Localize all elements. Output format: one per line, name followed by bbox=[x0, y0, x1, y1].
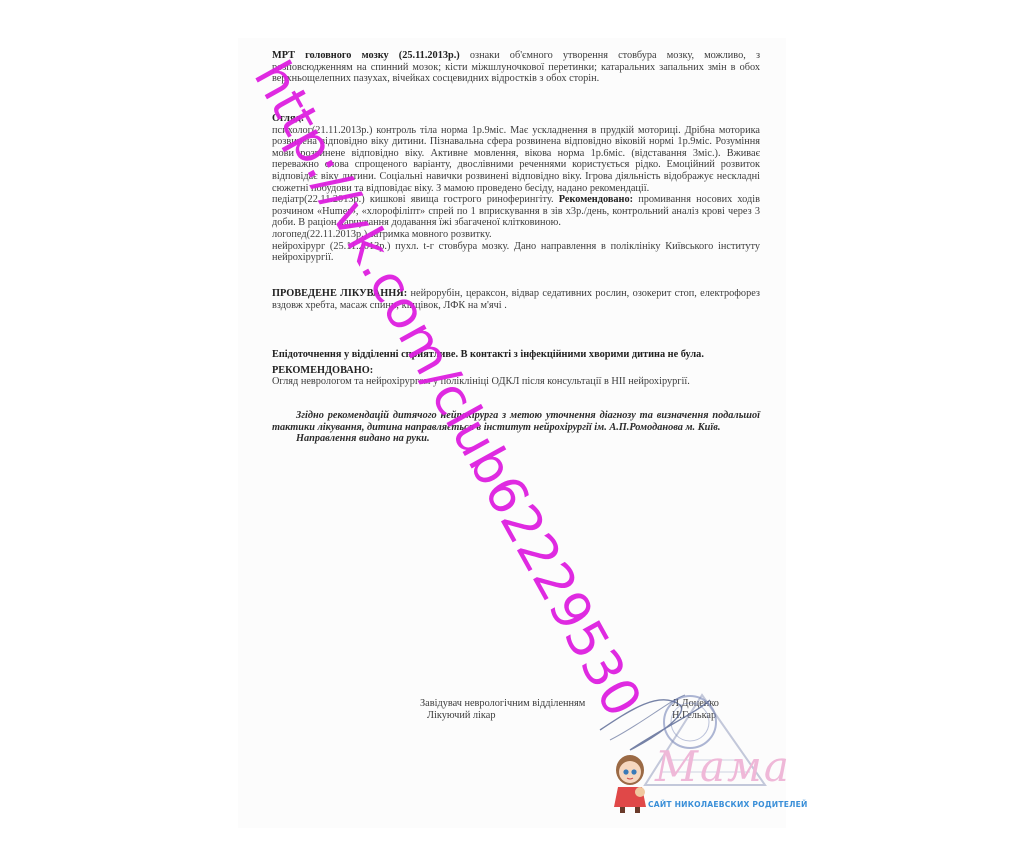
epidemiology-text: Епідоточнення у відділенні сприятливе. В… bbox=[272, 349, 760, 361]
referral-text: Згідно рекомендацій дитячого нейрохірург… bbox=[272, 410, 760, 433]
logo-subtitle: САЙТ НИКОЛАЕВСКИХ РОДИТЕЛЕЙ bbox=[648, 800, 808, 809]
exam-heading: Огляд: bbox=[272, 113, 760, 125]
mri-title: МРТ головного мозку (25.11.2013р.) bbox=[272, 50, 460, 61]
logo-girl-icon bbox=[606, 752, 654, 814]
head-of-department-label: Завідувач неврологічним відділенням bbox=[420, 698, 585, 709]
recommended-label: РЕКОМЕНДОВАНО: bbox=[272, 365, 760, 377]
pediatrician-reco-label: Рекомендовано: bbox=[559, 194, 633, 205]
epidemiology-section: Епідоточнення у відділенні сприятливе. В… bbox=[272, 349, 760, 388]
recommended-text: Огляд неврологом та нейрохірургом у полі… bbox=[272, 376, 760, 388]
mri-section: МРТ головного мозку (25.11.2013р.) ознак… bbox=[272, 50, 760, 85]
referral-handed: Направлення видано на руки. bbox=[272, 433, 760, 445]
referral-section: Згідно рекомендацій дитячого нейрохірург… bbox=[272, 410, 760, 445]
logo-title: Мама bbox=[655, 742, 791, 791]
treatment-section: ПРОВЕДЕНЕ ЛІКУВАННЯ: нейрорубін, цераксо… bbox=[272, 288, 760, 311]
attending-doctor-label: Лікуючий лікар bbox=[427, 710, 496, 721]
